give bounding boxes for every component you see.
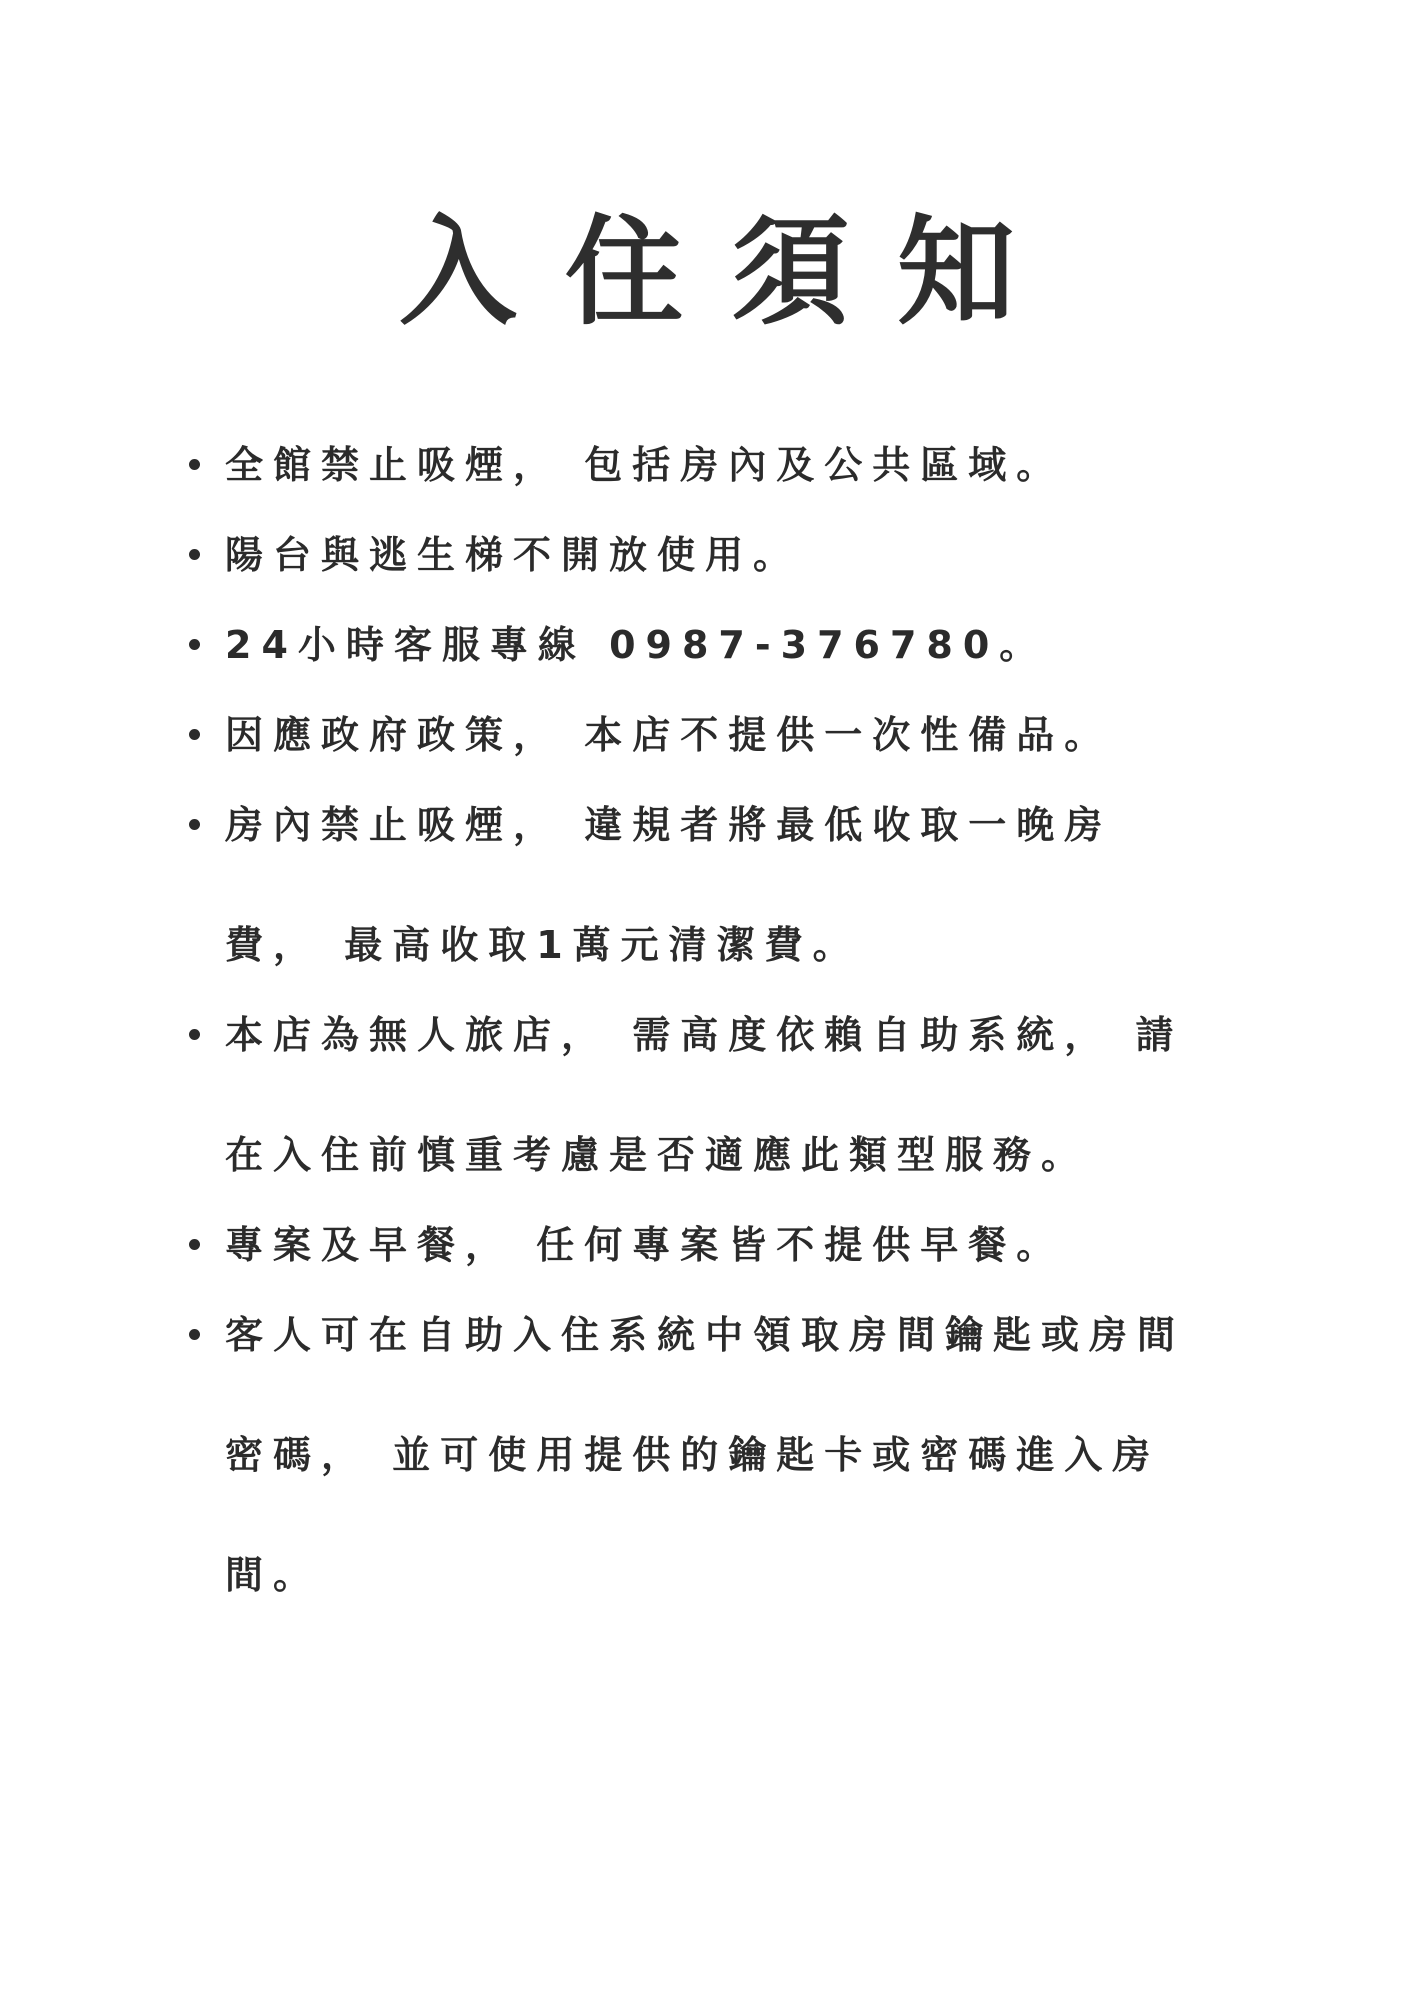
notice-text-continued: 密碼， 並可使用提供的鑰匙卡或密碼進入房 xyxy=(225,1395,1295,1515)
notice-text: 客人可在自助入住系統中領取房間鑰匙或房間 xyxy=(225,1275,1295,1395)
notice-list: 全館禁止吸煙， 包括房內及公共區域。 陽台與逃生梯不開放使用。 24小時客服專線… xyxy=(185,405,1295,1635)
notice-item-smoking-penalty: 房內禁止吸煙， 違規者將最低收取一晚房 費， 最高收取1萬元清潔費。 xyxy=(185,765,1295,1005)
notice-text-continued: 間。 xyxy=(225,1515,1295,1635)
bullet-icon xyxy=(189,459,200,470)
bullet-icon xyxy=(189,639,200,650)
bullet-icon xyxy=(189,819,200,830)
page-title: 入住須知 xyxy=(0,207,1414,337)
notice-text: 本店為無人旅店， 需高度依賴自助系統， 請 xyxy=(225,975,1295,1095)
notice-text: 房內禁止吸煙， 違規者將最低收取一晚房 xyxy=(225,765,1295,885)
bullet-icon xyxy=(189,1239,200,1250)
bullet-icon xyxy=(189,1329,200,1340)
bullet-icon xyxy=(189,1029,200,1040)
bullet-icon xyxy=(189,549,200,560)
bullet-icon xyxy=(189,729,200,740)
notice-item-self-checkin-key: 客人可在自助入住系統中領取房間鑰匙或房間 密碼， 並可使用提供的鑰匙卡或密碼進入… xyxy=(185,1275,1295,1635)
notice-item-unmanned-hotel: 本店為無人旅店， 需高度依賴自助系統， 請 在入住前慎重考慮是否適應此類型服務。 xyxy=(185,975,1295,1215)
